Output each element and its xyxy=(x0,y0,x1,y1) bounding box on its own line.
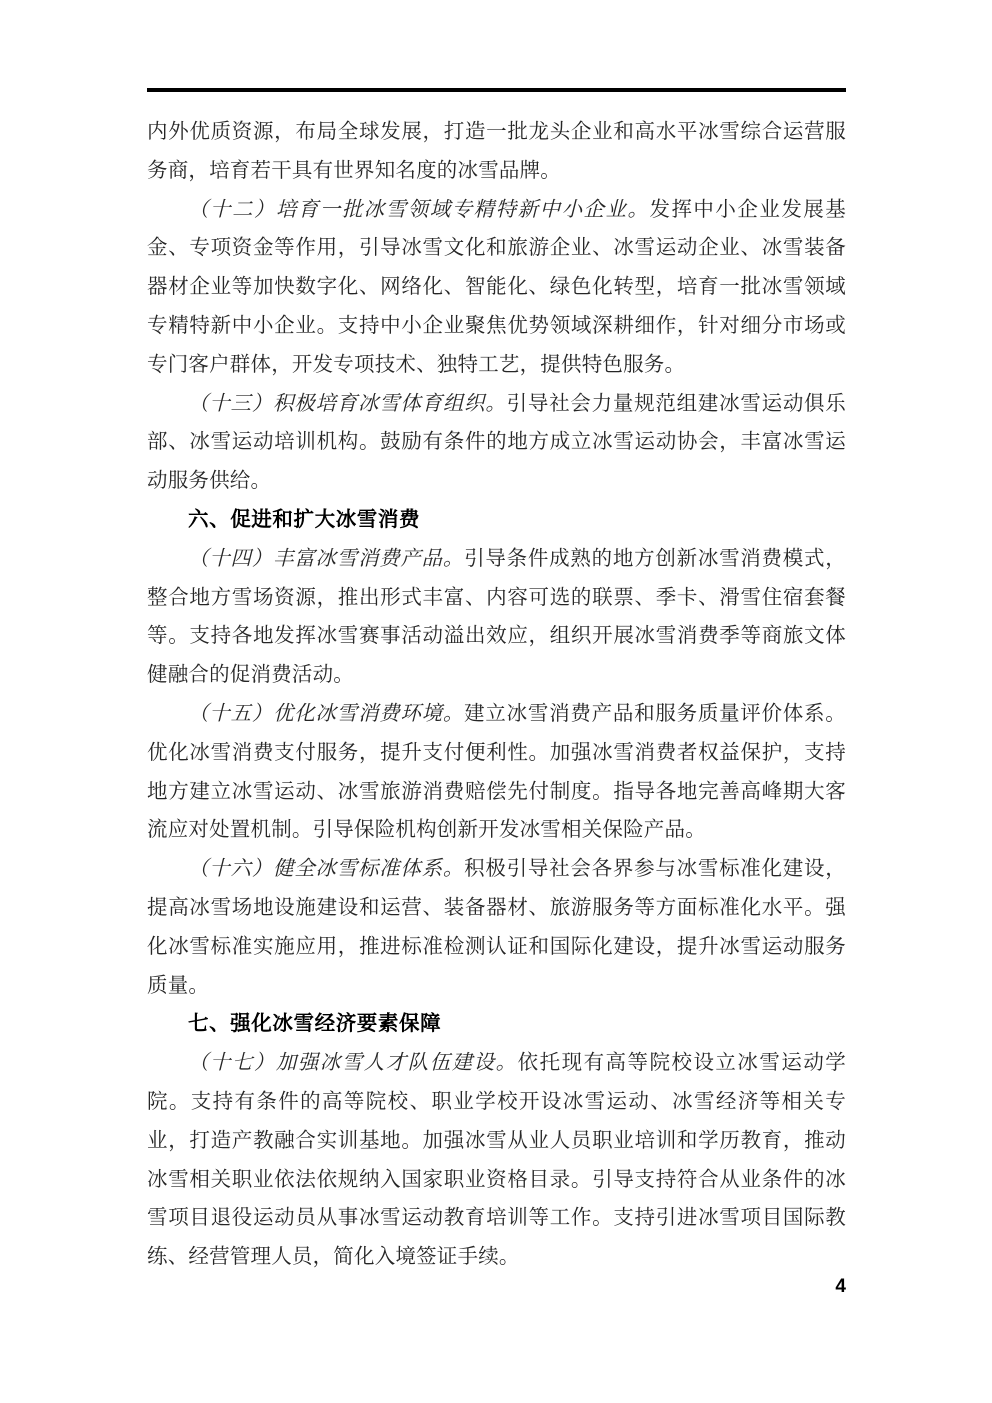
document-body: 内外优质资源，布局全球发展，打造一批龙头企业和高水平冰雪综合运营服务商，培育若干… xyxy=(147,113,846,1277)
paragraph: （十五）优化冰雪消费环境。建立冰雪消费产品和服务质量评价体系。优化冰雪消费支付服… xyxy=(147,695,846,850)
paragraph: （十七）加强冰雪人才队伍建设。依托现有高等院校设立冰雪运动学院。支持有条件的高等… xyxy=(147,1044,846,1277)
page-number: 4 xyxy=(835,1275,846,1299)
paragraph: （十四）丰富冰雪消费产品。引导条件成熟的地方创新冰雪消费模式，整合地方雪场资源，… xyxy=(147,540,846,695)
paragraph: 内外优质资源，布局全球发展，打造一批龙头企业和高水平冰雪综合运营服务商，培育若干… xyxy=(147,113,846,191)
section-heading: 七、强化冰雪经济要素保障 xyxy=(147,1005,846,1044)
section-heading-text: 七、强化冰雪经济要素保障 xyxy=(188,1012,441,1035)
paragraph-lead: （十二）培育一批冰雪领域专精特新中小企业。 xyxy=(188,199,649,221)
document-page: 内外优质资源，布局全球发展，打造一批龙头企业和高水平冰雪综合运营服务商，培育若干… xyxy=(0,0,992,1403)
paragraph-text: 依托现有高等院校设立冰雪运动学院。支持有条件的高等院校、职业学校开设冰雪运动、冰… xyxy=(147,1052,846,1268)
paragraph-lead: （十四）丰富冰雪消费产品。 xyxy=(188,548,464,570)
paragraph-lead: （十五）优化冰雪消费环境。 xyxy=(188,703,464,725)
section-heading-text: 六、促进和扩大冰雪消费 xyxy=(188,508,420,531)
paragraph: （十二）培育一批冰雪领域专精特新中小企业。发挥中小企业发展基金、专项资金等作用，… xyxy=(147,191,846,385)
paragraph-lead: （十六）健全冰雪标准体系。 xyxy=(188,858,464,880)
paragraph-text: 发挥中小企业发展基金、专项资金等作用，引导冰雪文化和旅游企业、冰雪运动企业、冰雪… xyxy=(147,199,846,376)
paragraph-lead: （十七）加强冰雪人才队伍建设。 xyxy=(188,1052,518,1074)
paragraph-text: 内外优质资源，布局全球发展，打造一批龙头企业和高水平冰雪综合运营服务商，培育若干… xyxy=(147,121,846,182)
paragraph: （十三）积极培育冰雪体育组织。引导社会力量规范组建冰雪运动俱乐部、冰雪运动培训机… xyxy=(147,385,846,501)
paragraph-lead: （十三）积极培育冰雪体育组织。 xyxy=(188,393,507,415)
section-heading: 六、促进和扩大冰雪消费 xyxy=(147,501,846,540)
header-rule xyxy=(147,88,846,92)
paragraph: （十六）健全冰雪标准体系。积极引导社会各界参与冰雪标准化建设，提高冰雪场地设施建… xyxy=(147,850,846,1005)
